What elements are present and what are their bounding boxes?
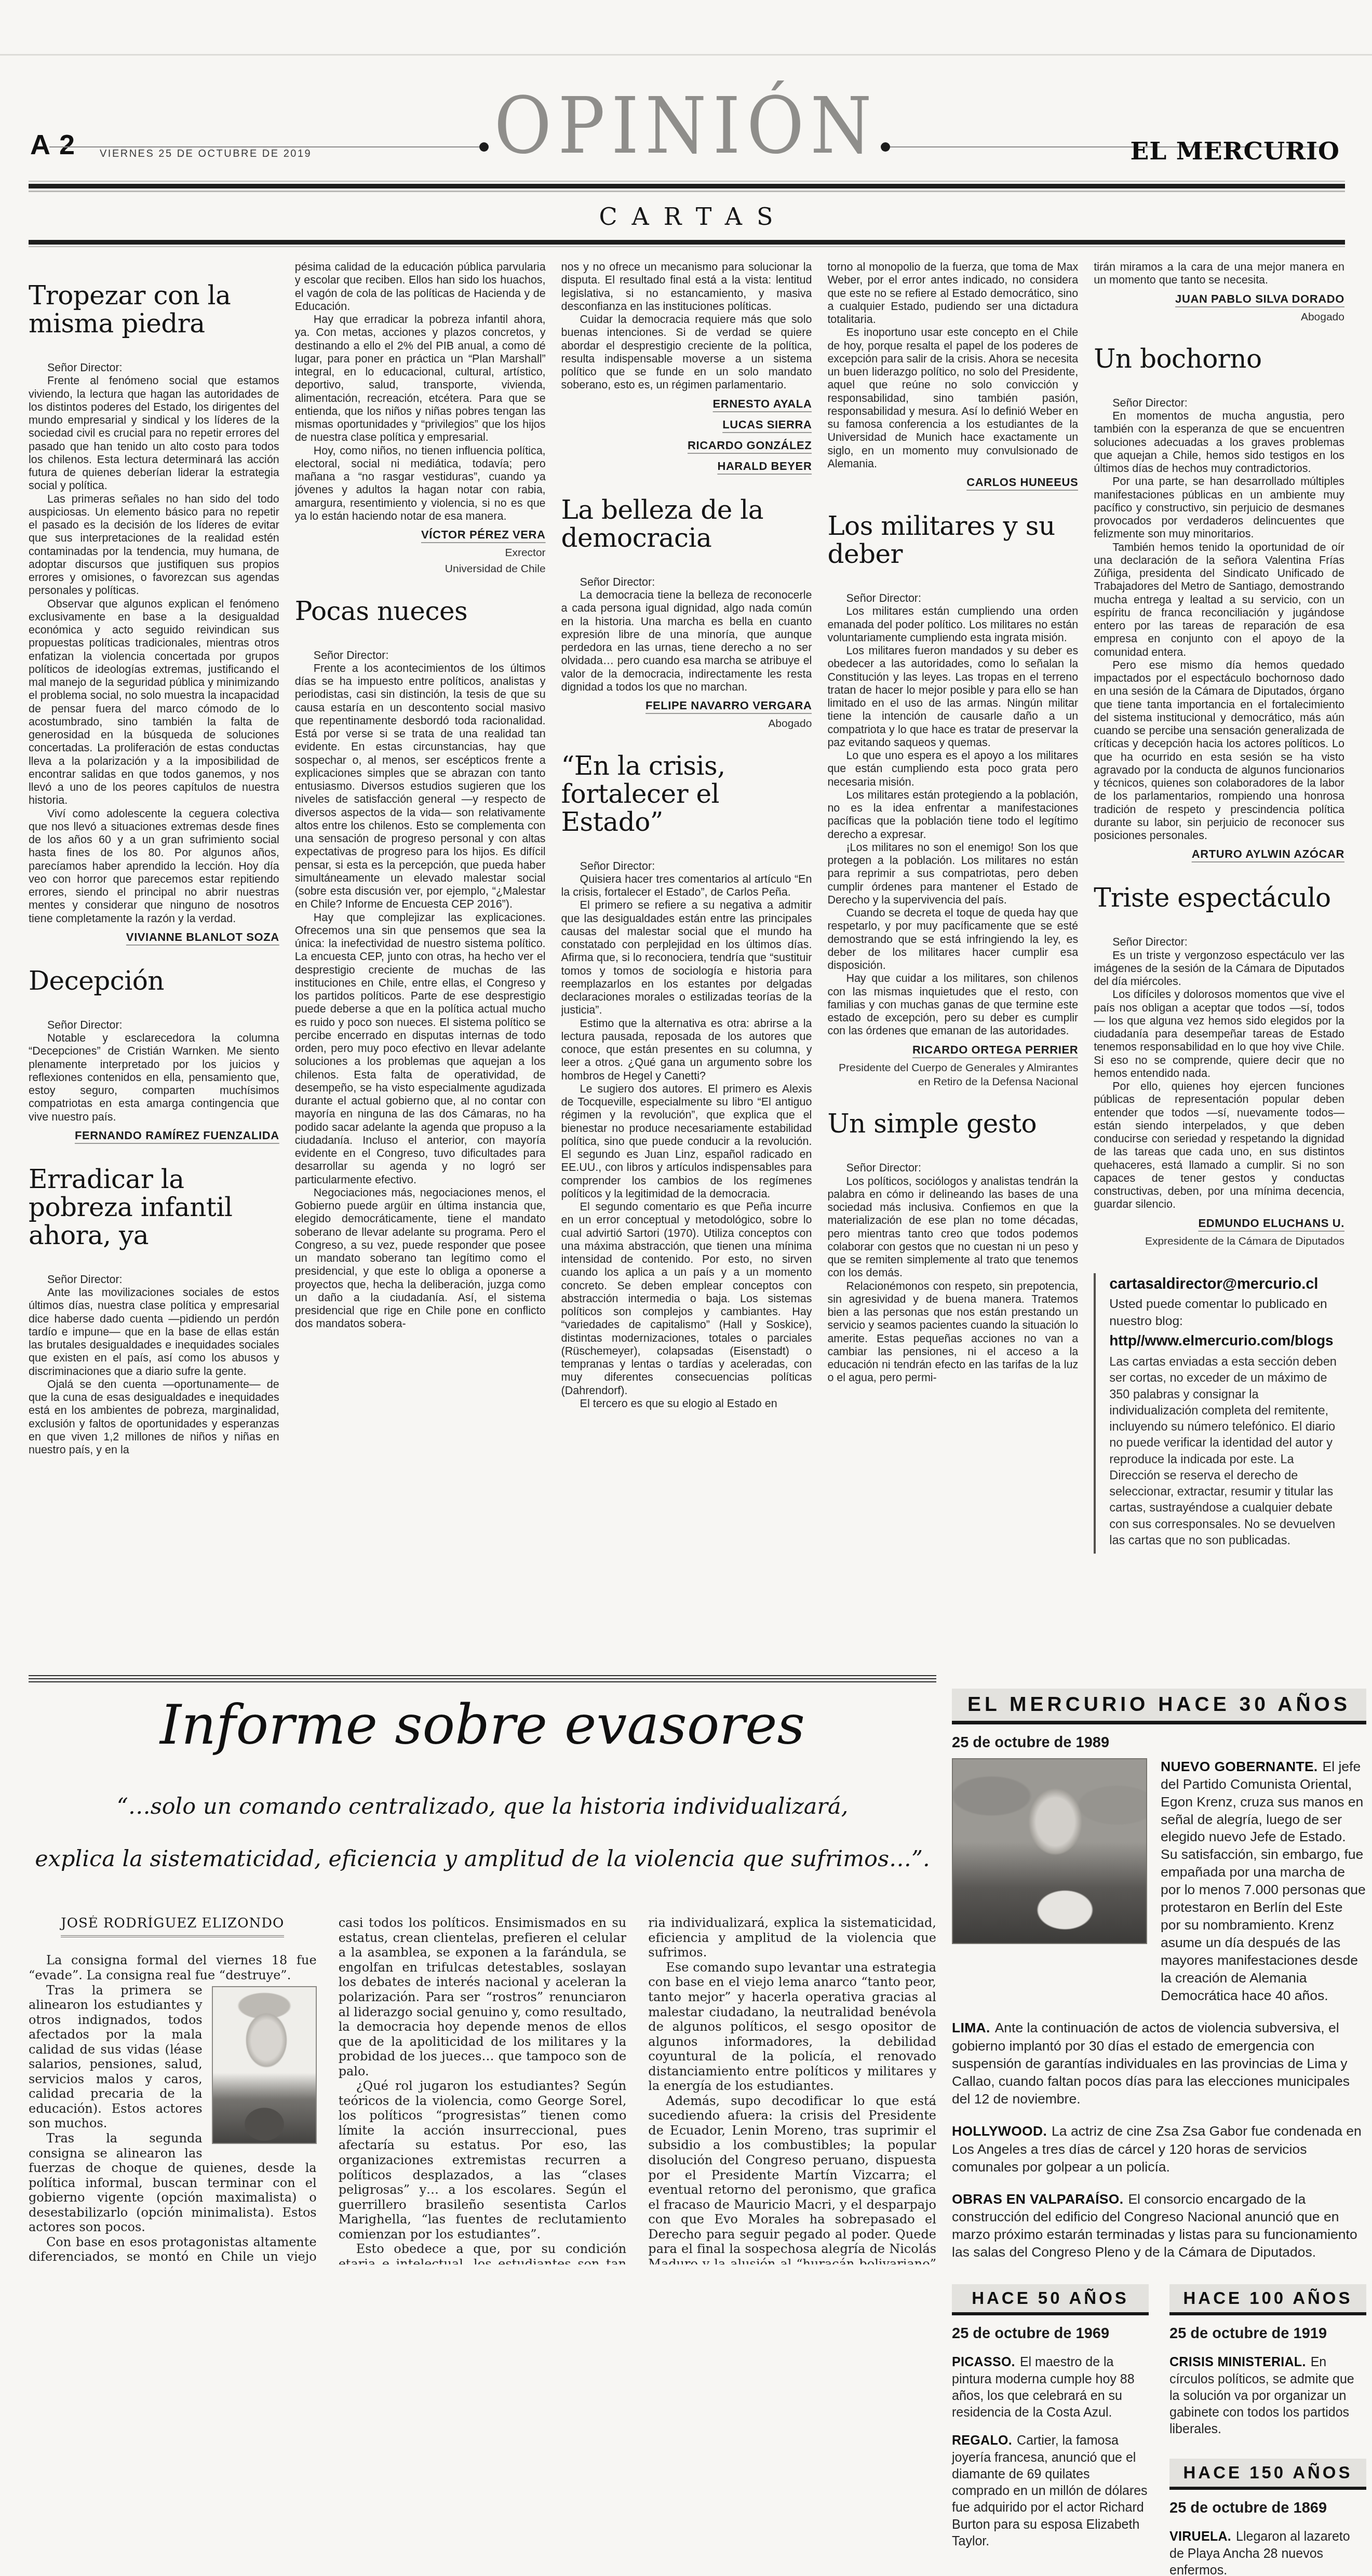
paragraph: ¡Los militares no son el enemigo! Son lo… [827, 841, 1078, 907]
author-name: JOSÉ RODRÍGUEZ ELIZONDO [61, 1916, 284, 1937]
paragraph: Ese comando supo levantar una estrategia… [648, 1960, 936, 2094]
top-rule [0, 54, 1372, 56]
hace-anos-boxes: HACE 50 AÑOS 25 de octubre de 1969 PICAS… [952, 2284, 1366, 2576]
letters-column-2: pésima calidad de la educación pública p… [295, 261, 546, 1676]
essay-columns: JOSÉ RODRÍGUEZ ELIZONDO La consigna form… [29, 1916, 936, 2264]
paragraph: Notable y esclarecedora la columna “Dece… [29, 1032, 279, 1124]
rule-dot-icon [881, 142, 890, 152]
letter-signature: FERNANDO RAMÍREZ FUENZALIDA [29, 1127, 279, 1144]
quote-line-1: “…solo un comando centralizado, que la h… [29, 1781, 936, 1833]
essay-column-3: ria individualizará, explica la sistemat… [648, 1916, 936, 2264]
paragraph: El tercero es que su elogio al Estado en [561, 1397, 812, 1410]
paragraph: Estimo que la alternativa es otra: abrir… [561, 1017, 812, 1083]
letter-headline: Erradicar la pobreza infantil ahora, ya [29, 1165, 279, 1249]
entry-topic: REGALO. [952, 2433, 1012, 2448]
letter-signature: ARTURO AYLWIN AZÓCAR [1094, 845, 1344, 863]
hace-50-header: HACE 50 AÑOS [952, 2284, 1149, 2315]
letter-headline: Decepción [29, 967, 279, 995]
hace-50-entries: PICASSO.El maestro de la pintura moderna… [952, 2354, 1149, 2550]
paragraph: Los militares están protegiendo a la pob… [827, 789, 1078, 841]
letter-signature: JUAN PABLO SILVA DORADO [1094, 290, 1344, 308]
paragraph: Además, supo decodificar lo que está suc… [648, 2094, 936, 2264]
paragraph: Los difíciles y dolorosos momentos que v… [1094, 988, 1344, 1080]
paragraph: Es inoportuno usar este concepto en el C… [827, 326, 1078, 470]
hace-150-entries: VIRUELA.Llegaron al lazareto de Playa An… [1169, 2528, 1366, 2576]
news-entry: REGALO.Cartier, la famosa joyería france… [952, 2432, 1149, 2550]
letter-signature: VÍCTOR PÉREZ VERA [295, 526, 546, 544]
paragraph-continuation: nos y no ofrece un mecanismo para soluci… [561, 261, 812, 313]
entry-topic: HOLLYWOOD. [952, 2123, 1047, 2139]
paragraph: El primero se refiere a su negativa a ad… [561, 899, 812, 1017]
blog-invite-text: Usted puede comentar lo publicado en nue… [1109, 1296, 1344, 1330]
news-entry: LIMA.Ante la continuación de actos de vi… [952, 2019, 1366, 2108]
paragraph: Frente al fenómeno social que estamos vi… [29, 374, 279, 492]
paragraph: Señor Director: [29, 361, 279, 374]
essay-title: Informe sobre evasores [29, 1697, 936, 1754]
letter-signature: EDMUNDO ELUCHANS U. [1094, 1215, 1344, 1232]
egon-krenz-photo [952, 1758, 1147, 1944]
letters-to-editor-infobox: cartasaldirector@mercurio.cl Usted puede… [1094, 1273, 1344, 1554]
letter-signature: LUCAS SIERRA [561, 416, 812, 434]
editor-email: cartasaldirector@mercurio.cl [1109, 1274, 1344, 1294]
paragraph: Los militares están cumpliendo una orden… [827, 605, 1078, 644]
letter-headline: Triste espectáculo [1094, 884, 1344, 912]
paragraph: Hay que complejizar las explicaciones. O… [295, 911, 546, 1186]
hace-30-photo-row: NUEVO GOBERNANTE.El jefe del Partido Com… [952, 1758, 1366, 2005]
entry-topic: OBRAS EN VALPARAÍSO. [952, 2191, 1123, 2207]
paragraph: Señor Director: [561, 576, 812, 589]
jose-rodriguez-elizondo-portrait [212, 1986, 317, 2144]
signature-role: Expresidente de la Cámara de Diputados [1094, 1234, 1344, 1248]
paragraph: Hay que erradicar la pobreza infantil ah… [295, 313, 546, 444]
letters-column-5: tirán miramos a la cara de una mejor man… [1094, 261, 1344, 1676]
news-entry: OBRAS EN VALPARAÍSO.El consorcio encarga… [952, 2190, 1366, 2261]
letter-signature: FELIPE NAVARRO VERGARA [561, 697, 812, 714]
paragraph: Hoy, como niños, no tienen influencia po… [295, 444, 546, 523]
paragraph: También hemos tenido la oportunidad de o… [1094, 541, 1344, 659]
letter-signature: HARALD BEYER [561, 457, 812, 475]
letters-column-1: Tropezar con la misma piedraSeñor Direct… [29, 261, 279, 1676]
paragraph: La democracia tiene la belleza de recono… [561, 589, 812, 694]
letter-signature: VIVIANNE BLANLOT SOZA [29, 928, 279, 946]
paragraph: Cuando se decreta el toque de queda hay … [827, 907, 1078, 972]
paragraph: Frente a los acontecimientos de los últi… [295, 662, 546, 911]
quote-line-2: explica la sistematicidad, eficiencia y … [29, 1833, 936, 1885]
hace-50-box: HACE 50 AÑOS 25 de octubre de 1969 PICAS… [952, 2284, 1149, 2576]
signature-role: Universidad de Chile [295, 562, 546, 576]
hace-30-date: 25 de octubre de 1989 [952, 1734, 1366, 1752]
essay-byline: JOSÉ RODRÍGUEZ ELIZONDO [29, 1916, 317, 1937]
paragraph: Pero ese mismo día hemos quedado impacta… [1094, 659, 1344, 843]
news-entry: HOLLYWOOD.La actriz de cine Zsa Zsa Gabo… [952, 2122, 1366, 2176]
paragraph: En momentos de mucha angustia, pero tamb… [1094, 410, 1344, 475]
signature-role: Abogado [561, 717, 812, 731]
paragraph: Por ello, quienes hoy ejercen funciones … [1094, 1080, 1344, 1211]
hace-100-150-column: HACE 100 AÑOS 25 de octubre de 1919 CRIS… [1169, 2284, 1366, 2576]
letters-column-5-items: tirán miramos a la cara de una mejor man… [1094, 261, 1344, 1248]
letter-headline: Un bochorno [1094, 345, 1344, 373]
entry-topic: LIMA. [952, 2020, 990, 2035]
paragraph: Ojalá se den cuenta —oportunamente— de q… [29, 1378, 279, 1457]
entry-text: Ante la continuación de actos de violenc… [952, 2020, 1350, 2107]
paragraph: Tras la segunda consigna se alinearon la… [29, 2131, 317, 2235]
entry-text: Cartier, la famosa joyería francesa, anu… [952, 2433, 1148, 2548]
letter-headline: Tropezar con la misma piedra [29, 281, 279, 338]
paragraph-continuation: ria individualizará, explica la sistemat… [648, 1916, 936, 1960]
hace-100-box: HACE 100 AÑOS 25 de octubre de 1919 CRIS… [1169, 2284, 1366, 2438]
hace-30-header: EL MERCURIO HACE 30 AÑOS [952, 1689, 1366, 1724]
paragraph: Señor Director: [295, 649, 546, 662]
letter-signature: RICARDO GONZÁLEZ [561, 437, 812, 454]
letter-signature: CARLOS HUNEEUS [827, 474, 1078, 491]
essay-divider-rule [29, 1675, 936, 1682]
paragraph: Señor Director: [1094, 397, 1344, 410]
paragraph: Las primeras señales no han sido del tod… [29, 493, 279, 598]
letter-headline: “En la crisis, fortalecer el Estado” [561, 752, 812, 836]
news-entry: PICASSO.El maestro de la pintura moderna… [952, 2354, 1149, 2421]
paragraph: El segundo comentario es que Peña incurr… [561, 1201, 812, 1397]
header-rule-top [29, 181, 1345, 192]
news-entry: VIRUELA.Llegaron al lazareto de Playa An… [1169, 2528, 1366, 2576]
photo-caption: NUEVO GOBERNANTE.El jefe del Partido Com… [1161, 1758, 1366, 2005]
entry-topic: VIRUELA. [1169, 2529, 1231, 2544]
hace-anos-sidebar: EL MERCURIO HACE 30 AÑOS 25 de octubre d… [952, 1689, 1366, 2576]
letter-signature: RICARDO ORTEGA PERRIER [827, 1041, 1078, 1059]
paragraph-continuation: tirán miramos a la cara de una mejor man… [1094, 261, 1344, 287]
caption-text: El jefe del Partido Comunista Oriental, … [1161, 1759, 1366, 2003]
entry-topic: CRISIS MINISTERIAL. [1169, 2355, 1306, 2369]
essay-pull-quote: “…solo un comando centralizado, que la h… [29, 1781, 936, 1885]
caption-topic: NUEVO GOBERNANTE. [1161, 1759, 1318, 1774]
letter-signature: ERNESTO AYALA [561, 395, 812, 413]
hace-100-date: 25 de octubre de 1919 [1169, 2325, 1366, 2343]
paragraph: Ante las movilizaciones sociales de esto… [29, 1286, 279, 1378]
paragraph: Esto obedece a que, por su condición eta… [339, 2242, 627, 2264]
paragraph: Señor Director: [561, 860, 812, 873]
paragraph: Señor Director: [1094, 936, 1344, 949]
paragraph: Los militares fueron mandados y su deber… [827, 644, 1078, 749]
newspaper-page: A 2 VIERNES 25 DE OCTUBRE DE 2019 OPINIÓ… [0, 0, 1372, 2576]
signature-role: Abogado [1094, 310, 1344, 324]
hace-30-entries: LIMA.Ante la continuación de actos de vi… [952, 2019, 1366, 2261]
letter-headline: Un simple gesto [827, 1110, 1078, 1138]
letters-section: Tropezar con la misma piedraSeñor Direct… [29, 261, 1344, 1676]
signature-role: Presidente del Cuerpo de Generales y Alm… [827, 1061, 1078, 1089]
hace-150-box: HACE 150 AÑOS 25 de octubre de 1869 VIRU… [1169, 2459, 1366, 2576]
paragraph: Cuidar la democracia requiere más que so… [561, 313, 812, 392]
news-entry: CRISIS MINISTERIAL.En círculos políticos… [1169, 2354, 1366, 2437]
paragraph: Lo que uno espera es el apoyo a los mili… [827, 749, 1078, 789]
header-rule-bottom [29, 240, 1345, 247]
letters-column-3: nos y no ofrece un mecanismo para soluci… [561, 261, 812, 1676]
paragraph: Por una parte, se han desarrollado múlti… [1094, 475, 1344, 541]
paragraph: Negociaciones más, negociaciones menos, … [295, 1186, 546, 1331]
paragraph: Hay que cuidar a los militares, son chil… [827, 972, 1078, 1037]
paragraph: Le sugiero dos autores. El primero es Al… [561, 1083, 812, 1201]
paragraph: Es un triste y vergonzoso espectáculo ve… [1094, 949, 1344, 989]
paragraph: Viví como adolescente la ceguera colecti… [29, 807, 279, 925]
essay-column-2: casi todos los políticos. Ensimismados e… [339, 1916, 627, 2264]
paragraph: Señor Director: [827, 1162, 1078, 1175]
paragraph: ¿Qué rol jugaron los estudiantes? Según … [339, 2079, 627, 2242]
hace-100-header: HACE 100 AÑOS [1169, 2284, 1366, 2315]
entry-topic: PICASSO. [952, 2355, 1015, 2369]
paragraph-continuation: pésima calidad de la educación pública p… [295, 261, 546, 313]
paragraph: La consigna formal del viernes 18 fue “e… [29, 1953, 317, 1982]
letter-headline: Los militares y su deber [827, 512, 1078, 568]
letter-headline: Pocas nueces [295, 597, 546, 625]
blog-url: http//www.elmercurio.com/blogs [1109, 1331, 1344, 1351]
paragraph: Señor Director: [29, 1019, 279, 1032]
paragraph: Observar que algunos explican el fenómen… [29, 598, 279, 807]
paragraph: Los políticos, sociólogos y analistas te… [827, 1175, 1078, 1280]
paragraph: Señor Director: [827, 592, 1078, 605]
paragraph: Relacionémonos con respeto, sin prepoten… [827, 1280, 1078, 1385]
essay-column-1: JOSÉ RODRÍGUEZ ELIZONDO La consigna form… [29, 1916, 317, 2264]
hace-50-date: 25 de octubre de 1969 [952, 2325, 1149, 2343]
letters-column-4: torno al monopolio de la fuerza, que tom… [827, 261, 1078, 1676]
paragraph-continuation: torno al monopolio de la fuerza, que tom… [827, 261, 1078, 326]
paragraph: Señor Director: [29, 1273, 279, 1286]
opinion-essay: Informe sobre evasores “…solo un comando… [29, 1697, 936, 2356]
paragraph: Con base en esos protagonistas altamente… [29, 2235, 317, 2264]
subsection-title: CARTAS [0, 205, 1372, 228]
letters-policy-text: Las cartas enviadas a esta sección deben… [1109, 1354, 1344, 1548]
signature-role: Exrector [295, 546, 546, 560]
essay-col1-intro: La consigna formal del viernes 18 fue “e… [29, 1953, 317, 1982]
newspaper-brand: EL MERCURIO [1130, 139, 1340, 164]
hace-150-date: 25 de octubre de 1869 [1169, 2499, 1366, 2517]
hace-100-entries: CRISIS MINISTERIAL.En círculos políticos… [1169, 2354, 1366, 2437]
paragraph: Quisiera hacer tres comentarios al artíc… [561, 873, 812, 899]
hace-150-header: HACE 150 AÑOS [1169, 2459, 1366, 2490]
paragraph-continuation: casi todos los políticos. Ensimismados e… [339, 1916, 627, 2079]
letter-headline: La belleza de la democracia [561, 496, 812, 552]
